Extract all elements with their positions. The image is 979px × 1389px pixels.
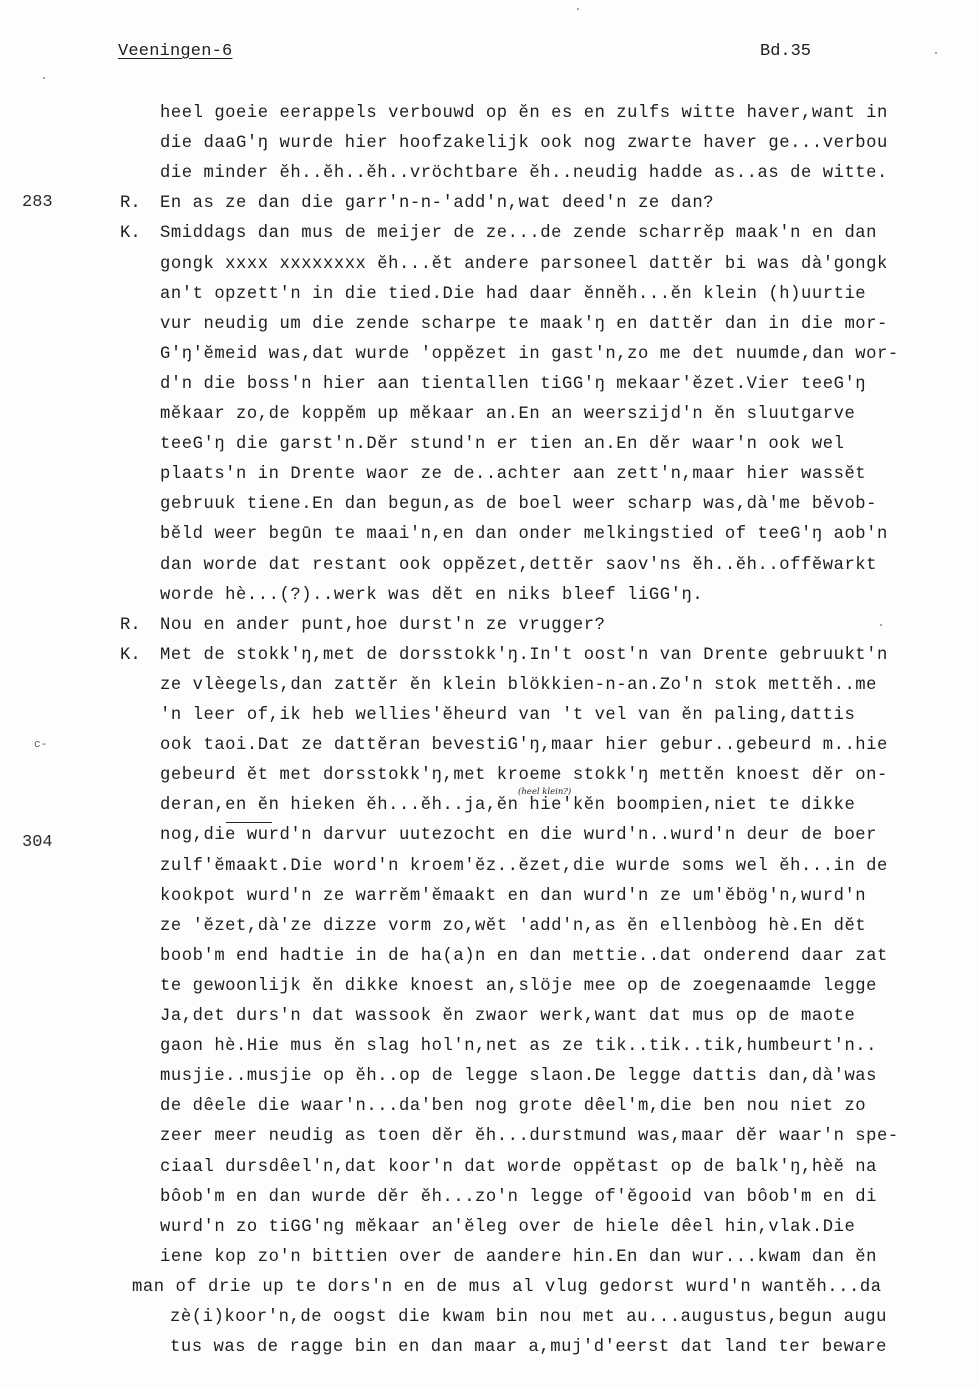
transcript-line: te gewoonlijk ĕn dikke knoest an,slöje m… [160, 976, 979, 998]
transcript-line: boob'm end hadtie in de ha(a)n en dan me… [160, 946, 979, 968]
margin-mark: c- [34, 739, 47, 751]
transcript-line: En as ze dan die garr'n-n-'add'n,wat dee… [160, 193, 979, 215]
document-title: Veeningen-6 [118, 42, 232, 61]
transcript-line: teeG'ŋ die garst'n.Dĕr stund'n er tien a… [160, 434, 979, 456]
transcript-line: bĕld weer begūn te maai'n,en dan onder m… [160, 524, 979, 546]
transcript-line: man of drie up te dors'n en de mus al vl… [132, 1277, 979, 1299]
transcript-line: ook taoi.Dat ze dattĕran bevestiG'ŋ,maar… [160, 735, 979, 757]
transcript-line: kookpot wurd'n ze warrĕm'ĕmaakt en dan w… [160, 886, 979, 908]
transcript-line: mĕkaar zo,de koppĕm up mĕkaar an.En an w… [160, 404, 979, 426]
transcript-line: musjie..musjie op ĕh..op de legge slaon.… [160, 1066, 979, 1088]
transcript-line: die daaG'ŋ wurde hier hoofzakelijk ook n… [160, 133, 979, 155]
transcript-line: Met de stokk'ŋ,met de dorsstokk'ŋ.In't o… [160, 645, 979, 667]
transcript-line: die minder ĕh..ĕh..ĕh..vröchtbare ĕh..ne… [160, 163, 979, 185]
handwritten-underline [226, 821, 272, 823]
scan-speck [43, 77, 45, 79]
transcript-line: dan worde dat restant ook oppĕzet,dettĕr… [160, 555, 979, 577]
transcript-line: ze vlèegels,dan zattĕr ĕn klein blökkien… [160, 675, 979, 697]
transcript-line: deran,en ĕn hieken ĕh...ĕh..ja,ĕn hie'kĕ… [160, 795, 979, 817]
transcript-line: 'n leer of,ik heb wellies'ĕheurd van 't … [160, 705, 979, 727]
transcript-line: wurd'n zo tiGG'ng mĕkaar an'ĕleg over de… [160, 1217, 979, 1239]
transcript-line: plaats'n in Drente waor ze de..achter aa… [160, 464, 979, 486]
scan-speck [880, 624, 882, 626]
scan-speck [935, 52, 937, 54]
transcript-line: Smiddags dan mus de meijer de ze...de ze… [160, 223, 979, 245]
transcript-line: gebruuk tiene.En dan begun,as de boel we… [160, 494, 979, 516]
transcript-line: nog,die wurd'n darvur uutezocht en die w… [160, 825, 979, 847]
transcript-line: zè(i)koor'n,de oogst die kwam bin nou me… [170, 1307, 979, 1329]
document-page: Veeningen-6 Bd.35 283 304 c- (heel klein… [0, 0, 979, 1389]
transcript-line: gebeurd ĕt met dorsstokk'ŋ,met kroeme st… [160, 765, 979, 787]
transcript-line: heel goeie eerappels verbouwd op ĕn es e… [160, 103, 979, 125]
transcript-line: zeer meer neudig as toen dĕr ĕh...durstm… [160, 1126, 979, 1148]
margin-line-number: 304 [22, 832, 53, 854]
transcript-line: gaon hè.Hie mus ĕn slag hol'n,net as ze … [160, 1036, 979, 1058]
transcript-line: de dêele die waar'n...da'ben nog grote d… [160, 1096, 979, 1118]
transcript-line: Nou en ander punt,hoe durst'n ze vrugger… [160, 615, 979, 637]
transcript-line: worde hè...(?)..werk was dĕt en niks ble… [160, 585, 979, 607]
transcript-line: bôob'm en dan wurde dĕr ĕh...zo'n legge … [160, 1187, 979, 1209]
scan-speck [577, 8, 579, 10]
transcript-line: ze 'ĕzet,dà'ze dizze vorm zo,wĕt 'add'n,… [160, 916, 979, 938]
transcript-line: Ja,det durs'n dat wassook ĕn zwaor werk,… [160, 1006, 979, 1028]
transcript-line: ciaal dursdêel'n,dat koor'n dat worde op… [160, 1157, 979, 1179]
transcript-line: an't opzett'n in die tied.Die had daar ĕ… [160, 284, 979, 306]
page-reference: Bd.35 [760, 42, 811, 61]
transcript-line: zulf'ĕmaakt.Die word'n kroem'ĕz..ĕzet,di… [160, 856, 979, 878]
transcript-line: vur neudig um die zende scharpe te maak'… [160, 314, 979, 336]
transcript-line: gongk xxxx xxxxxxxx ĕh...ĕt andere parso… [160, 254, 979, 276]
transcript-line: tus was de ragge bin en dan maar a,muj'd… [170, 1337, 979, 1359]
margin-line-number: 283 [22, 192, 53, 214]
speaker-label: K. [120, 223, 141, 245]
speaker-label: R. [120, 193, 141, 215]
transcript-line: d'n die boss'n hier aan tientallen tiGG'… [160, 374, 979, 396]
transcript-line: G'ŋ'ĕmeid was,dat wurde 'oppĕzet in gast… [160, 344, 979, 366]
speaker-label: K. [120, 645, 141, 667]
speaker-label: R. [120, 615, 141, 637]
transcript-line: iene kop zo'n bittien over de aandere hi… [160, 1247, 979, 1269]
